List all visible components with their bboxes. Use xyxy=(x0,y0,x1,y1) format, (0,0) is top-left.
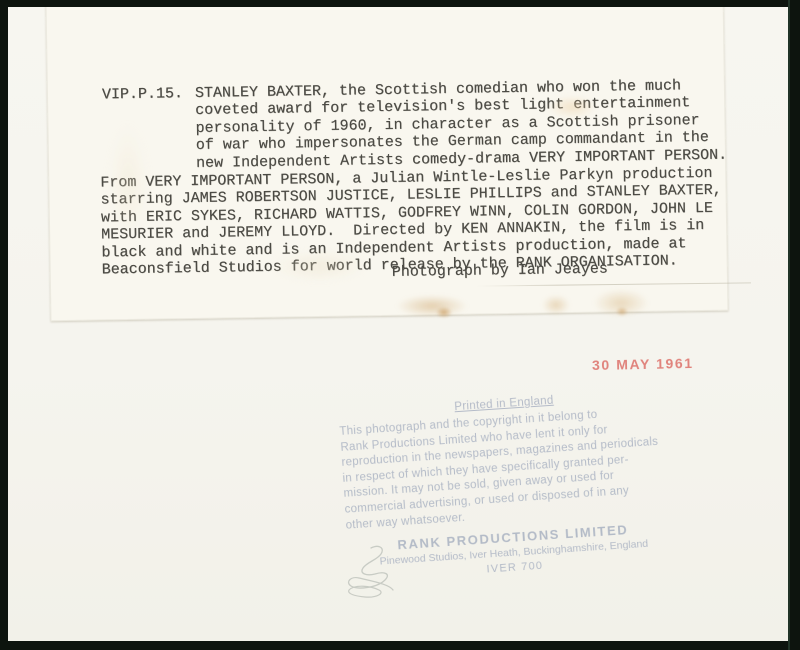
caption-sheet: VIP.P.15. STANLEY BAXTER, the Scottish c… xyxy=(46,7,729,321)
photo-paper: VIP.P.15. STANLEY BAXTER, the Scottish c… xyxy=(8,7,788,641)
pencil-doodle-mark xyxy=(341,540,419,606)
caption-paragraph-2: From VERY IMPORTANT PERSON, a Julian Win… xyxy=(100,165,723,279)
scan-frame-edge xyxy=(788,0,790,650)
caption-reference: VIP.P.15. xyxy=(102,85,183,104)
photographer-credit: Photograph by Ian Jeayes xyxy=(392,260,608,281)
caption-paragraph-1: STANLEY BAXTER, the Scottish comedian wh… xyxy=(195,77,727,172)
photo-back-scan: { "caption": { "reference": "VIP.P.15.",… xyxy=(0,0,800,650)
date-stamp: 30 MAY 1961 xyxy=(592,355,694,373)
